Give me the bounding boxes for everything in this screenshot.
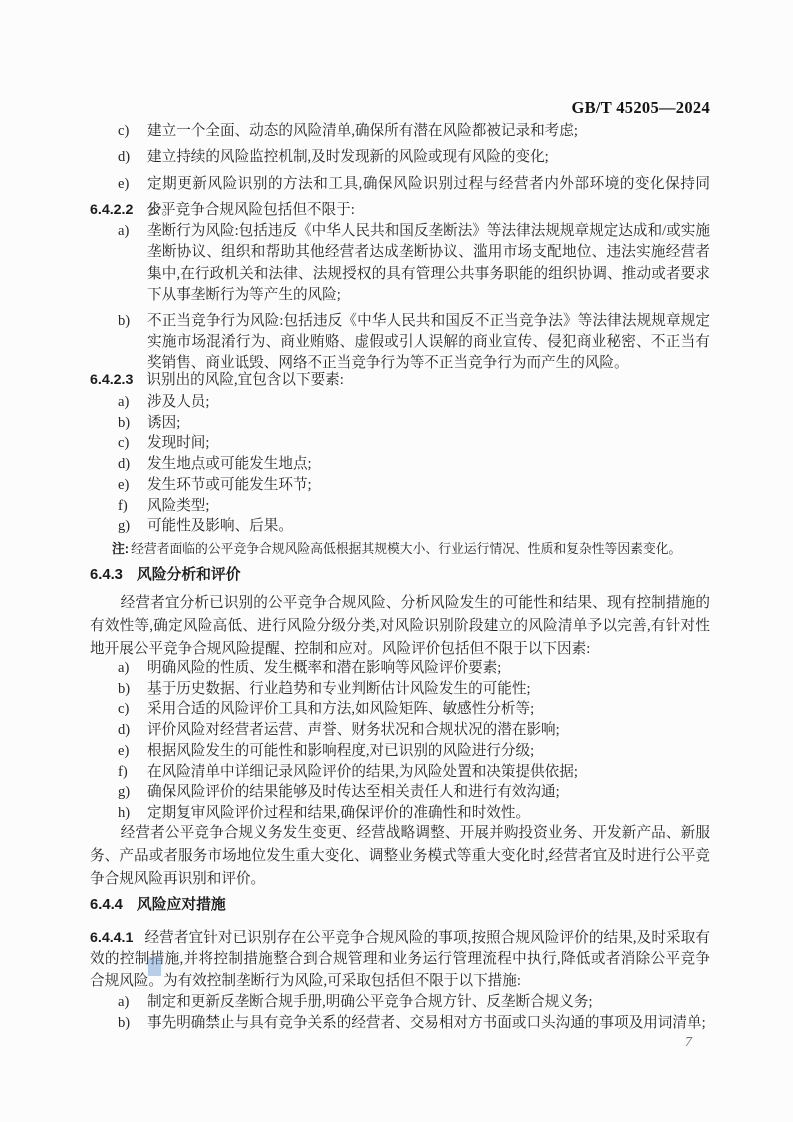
list-item-text: 发生地点或可能发生地点; [147, 456, 312, 472]
list-marker: h) [118, 803, 130, 824]
list-item: d) 评价风险对经营者运营、声誉、财务状况和合规状况的潜在影响; [90, 720, 710, 741]
section-number: 6.4.4 [90, 897, 123, 913]
clause-number: 6.4.2.3 [90, 372, 133, 388]
list-marker: b) [118, 679, 130, 700]
list-item-text: 确保风险评价的结果能够及时传达至相关责任人和进行有效沟通; [147, 784, 560, 800]
section-title: 风险分析和评价 [137, 567, 241, 583]
list-item: a) 明确风险的性质、发生概率和潜在影响等风险评价要素; [90, 658, 710, 679]
list-marker: a) [118, 221, 129, 242]
list-item: b) 基于历史数据、行业趋势和专业判断估计风险发生的可能性; [90, 679, 710, 700]
list-marker: a) [118, 392, 129, 413]
section-heading-644: 6.4.4风险应对措施 [90, 895, 710, 916]
list-marker: a) [118, 658, 129, 679]
list-item-text: 诱因; [147, 415, 180, 431]
page-number: 7 [0, 1035, 693, 1051]
section-title: 风险应对措施 [137, 897, 226, 913]
list-marker: f) [118, 762, 128, 783]
list-item-text: 建立持续的风险监控机制,及时发现新的风险或现有风险的变化; [147, 149, 549, 165]
list-item-text: 在风险清单中详细记录风险评价的结果,为风险处置和决策提供依据; [147, 764, 578, 780]
clause-6441: 6.4.4.1经营者宜针对已识别存在公平竞争合规风险的事项,按照合规风险评价的结… [90, 928, 710, 992]
list-marker: e) [118, 171, 129, 197]
list-marker: b) [118, 413, 130, 434]
list-marker: d) [118, 454, 130, 475]
list-item: f) 风险类型; [90, 496, 710, 517]
list-item: d) 建立持续的风险监控机制,及时发现新的风险或现有风险的变化; [90, 144, 710, 170]
clause-6422: 6.4.2.2公平竞争合规风险包括但不限于: [90, 199, 710, 221]
list-item: e) 根据风险发生的可能性和影响程度,对已识别的风险进行分级; [90, 741, 710, 762]
list-item-text: 垄断行为风险:包括违反《中华人民共和国反垄断法》等法律法规规章规定达成和/或实施… [147, 223, 710, 303]
list-item-text: 评价风险对经营者运营、声誉、财务状况和合规状况的潜在影响; [147, 722, 560, 738]
list-item: a) 制定和更新反垄断合规手册,明确公平竞争合规方针、反垄断合规义务; [90, 992, 710, 1013]
clause-number: 6.4.4.1 [90, 930, 133, 946]
list-item: e) 发生环节或可能发生环节; [90, 475, 710, 496]
list-item-text: 基于历史数据、行业趋势和专业判断估计风险发生的可能性; [147, 681, 531, 697]
list-item: b) 诱因; [90, 413, 710, 434]
list-marker: d) [118, 720, 130, 741]
list-6423: a) 涉及人员; b) 诱因; c) 发现时间; d) 发生地点或可能发生地点;… [90, 392, 710, 537]
clause-text: 识别出的风险,宜包含以下要素: [146, 372, 343, 388]
list-marker: c) [118, 118, 129, 144]
list-marker: d) [118, 144, 130, 170]
clause-number: 6.4.2.2 [90, 202, 133, 218]
list-marker: b) [118, 311, 130, 332]
list-marker: f) [118, 496, 128, 517]
clause-text: 经营者宜针对已识别存在公平竞争合规风险的事项,按照合规风险评价的结果,及时采取有… [90, 930, 710, 989]
note-text: 经营者面临的公平竞争合规风险高低根据其规模大小、行业运行情况、性质和复杂性等因素… [131, 542, 681, 556]
section-heading-643: 6.4.3风险分析和评价 [90, 565, 710, 586]
list-item-text: 风险类型; [147, 498, 209, 514]
list-item-text: 采用合适的风险评价工具和方法,如风险矩阵、敏感性分析等; [147, 701, 534, 717]
list-item: d) 发生地点或可能发生地点; [90, 454, 710, 475]
list-643: a) 明确风险的性质、发生概率和潜在影响等风险评价要素; b) 基于历史数据、行… [90, 658, 710, 824]
list-item-text: 事先明确禁止与具有竞争关系的经营者、交易相对方书面或口头沟通的事项及用词清单; [147, 1015, 706, 1031]
list-item-text: 不正当竞争行为风险:包括违反《中华人民共和国反不正当竞争法》等法律法规规章规定实… [147, 313, 710, 372]
list-item: h) 定期复审风险评价过程和结果,确保评价的准确性和时效性。 [90, 803, 710, 824]
list-item-text: 根据风险发生的可能性和影响程度,对已识别的风险进行分级; [147, 743, 534, 759]
list-marker: c) [118, 699, 129, 720]
list-item: b) 事先明确禁止与具有竞争关系的经营者、交易相对方书面或口头沟通的事项及用词清… [90, 1013, 710, 1034]
list-marker: b) [118, 1013, 130, 1034]
list-item: c) 发现时间; [90, 433, 710, 454]
list-item-text: 涉及人员; [147, 394, 209, 410]
list-item: g) 可能性及影响、后果。 [90, 516, 710, 537]
list-item-text: 制定和更新反垄断合规手册,明确公平竞争合规方针、反垄断合规义务; [147, 994, 593, 1010]
text-selection-artifact [148, 957, 161, 976]
list-item: c) 采用合适的风险评价工具和方法,如风险矩阵、敏感性分析等; [90, 699, 710, 720]
list-item: g) 确保风险评价的结果能够及时传达至相关责任人和进行有效沟通; [90, 782, 710, 803]
list-marker: c) [118, 433, 129, 454]
list-item: a) 垄断行为风险:包括违反《中华人民共和国反垄断法》等法律法规规章规定达成和/… [90, 221, 710, 307]
list-item-text: 明确风险的性质、发生概率和潜在影响等风险评价要素; [147, 660, 501, 676]
paragraph-643b: 经营者公平竞争合规义务发生变更、经营战略调整、开展并购投资业务、开发新产品、新服… [90, 822, 710, 891]
list-marker: e) [118, 741, 129, 762]
list-item: a) 涉及人员; [90, 392, 710, 413]
section-number: 6.4.3 [90, 567, 123, 583]
note-label: 注: [112, 541, 129, 556]
list-item-text: 发生环节或可能发生环节; [147, 477, 312, 493]
note: 注:经营者面临的公平竞争合规风险高低根据其规模大小、行业运行情况、性质和复杂性等… [90, 539, 732, 559]
paragraph-643: 经营者宜分析已识别的公平竞争合规风险、分析风险发生的可能性和结果、现有控制措施的… [90, 592, 710, 661]
list-marker: e) [118, 475, 129, 496]
document-page: GB/T 45205—2024 c) 建立一个全面、动态的风险清单,确保所有潜在… [0, 0, 793, 1122]
clause-text: 公平竞争合规风险包括但不限于: [146, 202, 354, 218]
list-item-text: 定期复审风险评价过程和结果,确保评价的准确性和时效性。 [147, 805, 530, 821]
list-item-text: 可能性及影响、后果。 [147, 518, 293, 534]
standard-number-header: GB/T 45205—2024 [90, 98, 710, 118]
list-6422: a) 垄断行为风险:包括违反《中华人民共和国反垄断法》等法律法规规章规定达成和/… [90, 221, 710, 375]
list-6441: a) 制定和更新反垄断合规手册,明确公平竞争合规方针、反垄断合规义务; b) 事… [90, 992, 710, 1033]
list-marker: a) [118, 992, 129, 1013]
list-marker: g) [118, 516, 130, 537]
list-item: f) 在风险清单中详细记录风险评价的结果,为风险处置和决策提供依据; [90, 762, 710, 783]
list-item: c) 建立一个全面、动态的风险清单,确保所有潜在风险都被记录和考虑; [90, 118, 710, 144]
list-marker: g) [118, 782, 130, 803]
list-item-text: 建立一个全面、动态的风险清单,确保所有潜在风险都被记录和考虑; [147, 123, 578, 139]
clause-6423: 6.4.2.3识别出的风险,宜包含以下要素: [90, 370, 710, 391]
list-item-text: 发现时间; [147, 435, 209, 451]
list-item: b) 不正当竞争行为风险:包括违反《中华人民共和国反不正当竞争法》等法律法规规章… [90, 311, 710, 375]
